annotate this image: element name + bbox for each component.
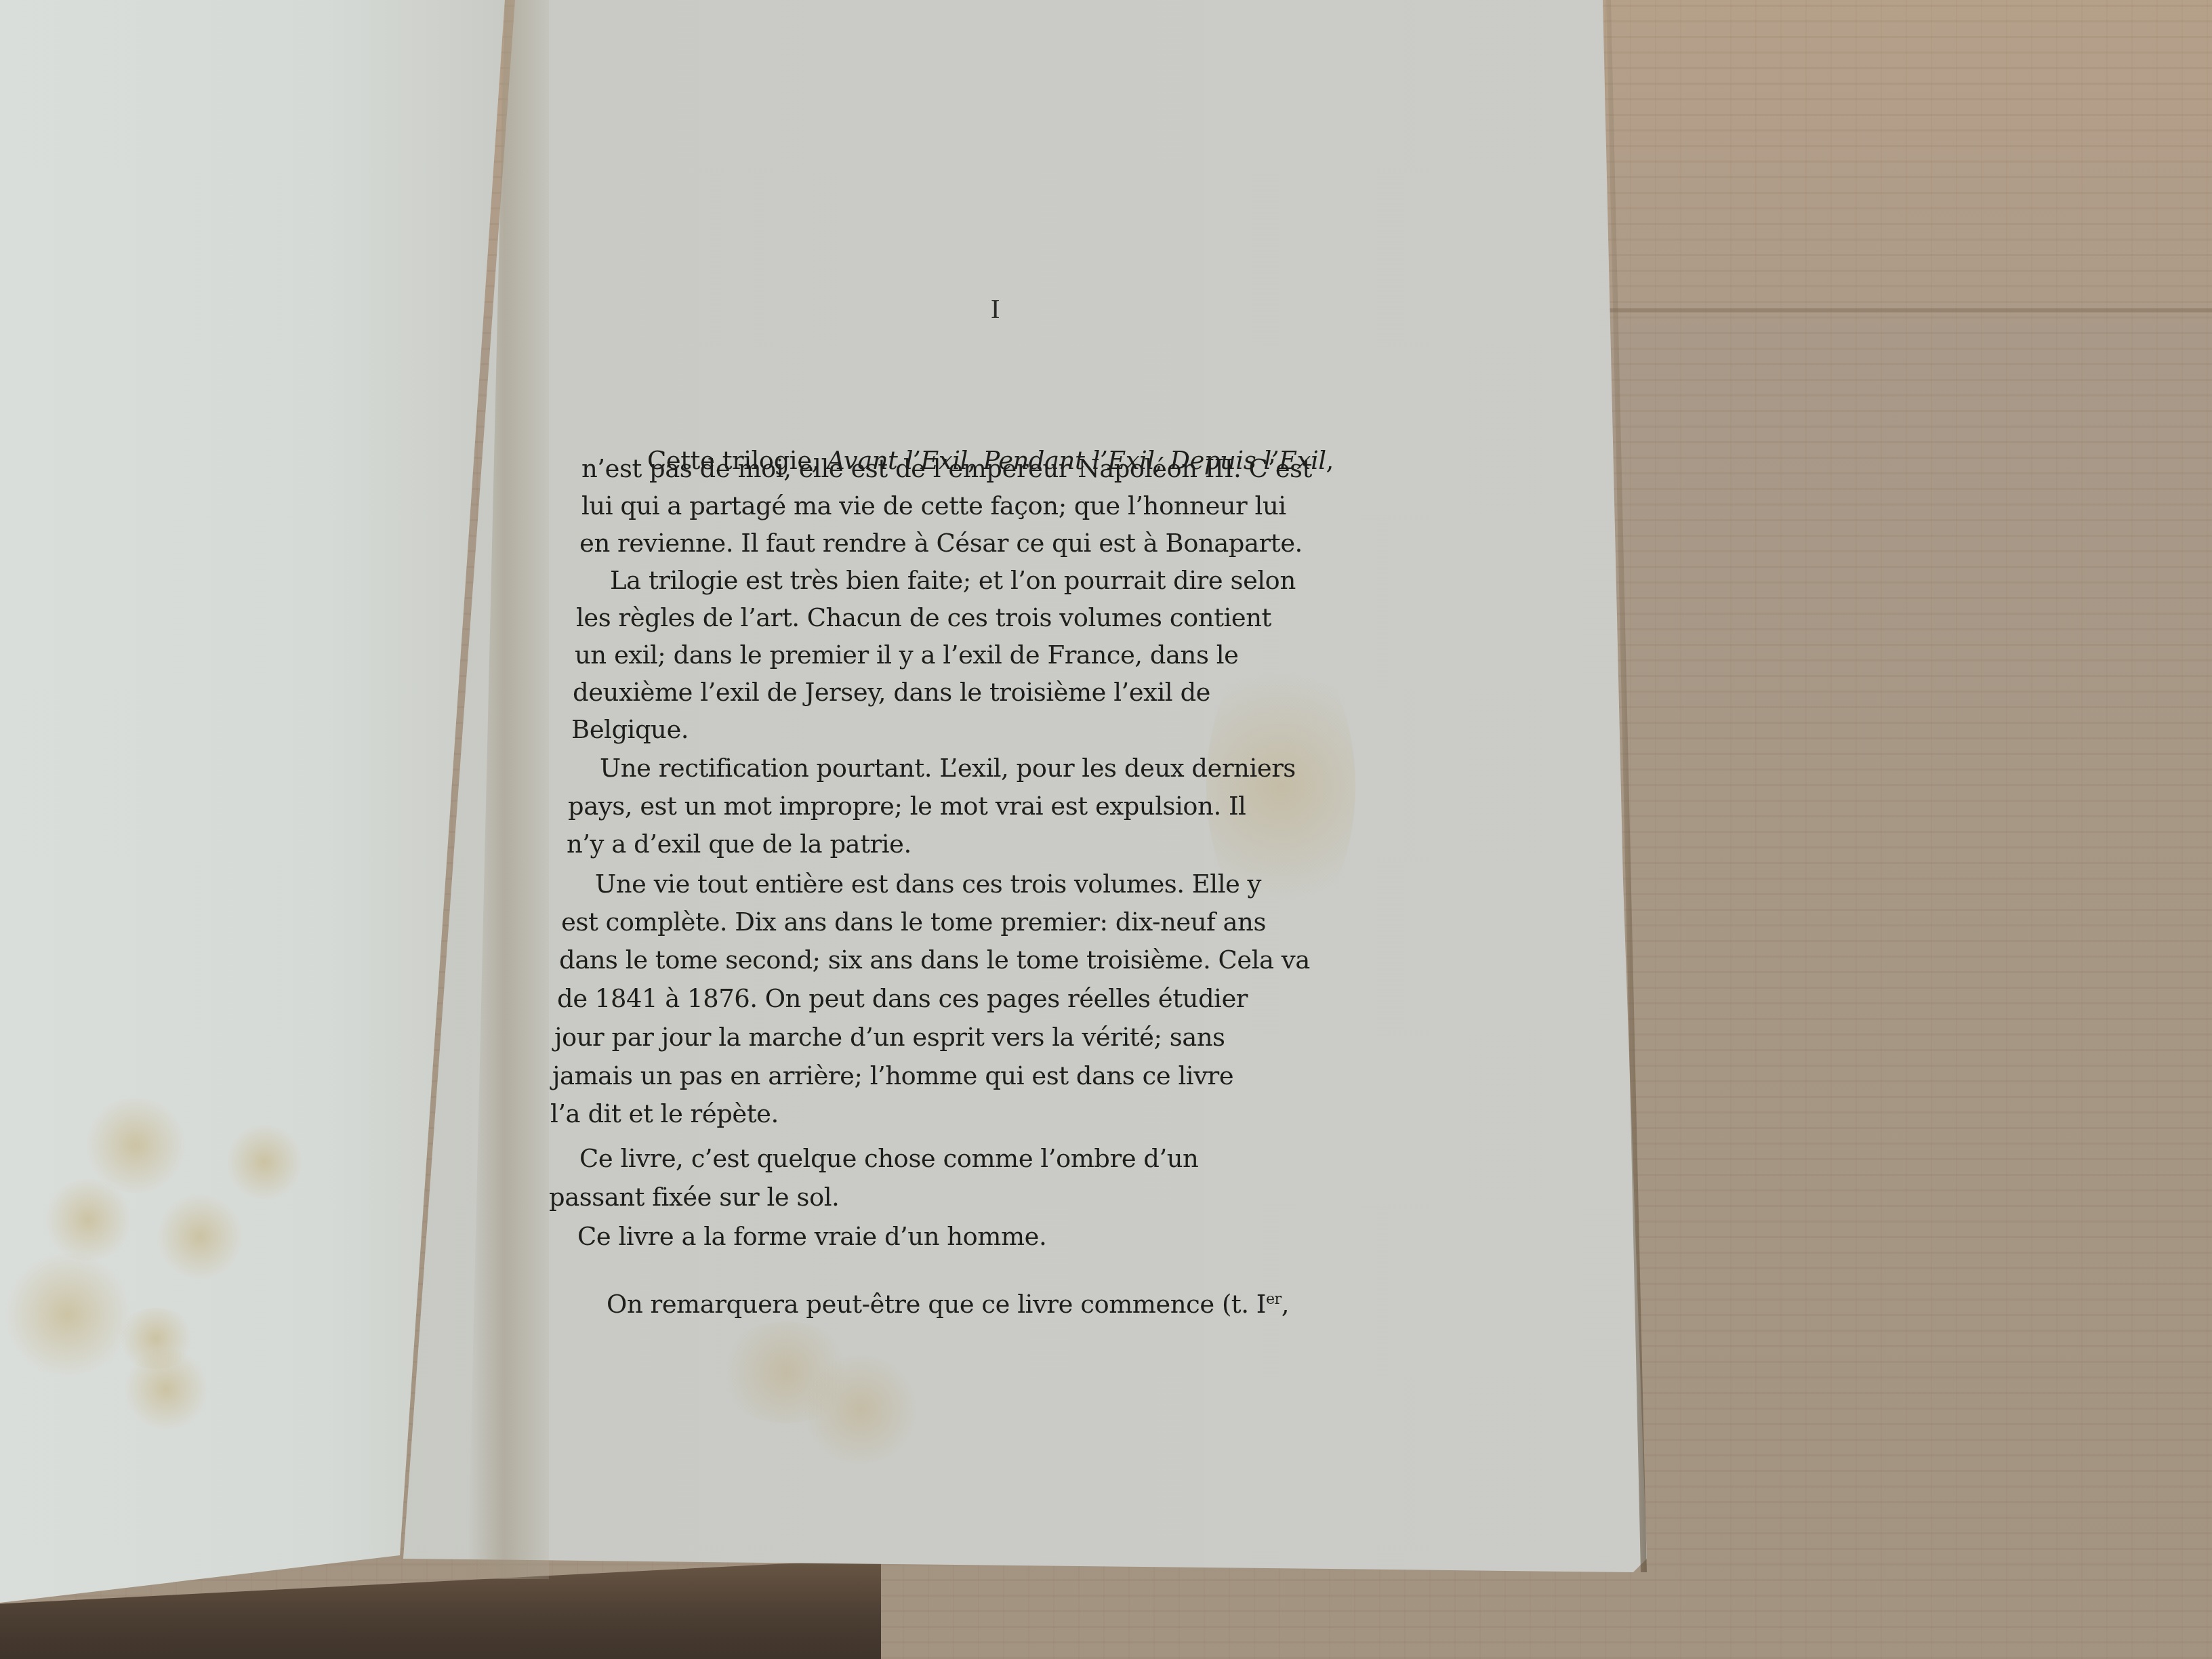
text-line: Ce livre, c’est quelque chose comme l’om… (579, 1144, 1198, 1173)
text-line: Une vie tout entière est dans ces trois … (595, 869, 1261, 899)
text-line: un exil; dans le premier il y a l’exil d… (575, 640, 1238, 670)
text-line: Ce livre a la forme vraie d’un homme. (577, 1222, 1046, 1251)
text-line: jamais un pas en arrière; l’homme qui es… (552, 1061, 1233, 1090)
superscript: er (1266, 1290, 1282, 1308)
text-line: dans le tome second; six ans dans le tom… (559, 945, 1310, 975)
text-line: La trilogie est très bien faite; et l’on… (610, 566, 1296, 595)
text-line: l’a dit et le répète. (550, 1099, 779, 1128)
text-line: Une rectification pourtant. L’exil, pour… (600, 754, 1296, 783)
text-line: passant fixée sur le sol. (549, 1183, 839, 1212)
text-line: lui qui a partagé ma vie de cette façon;… (581, 491, 1286, 520)
text-line: jour par jour la marche d’un esprit vers… (554, 1023, 1225, 1052)
text-line: On remarquera peut-être que ce livre com… (576, 1261, 1289, 1348)
text-line: est complète. Dix ans dans le tome premi… (561, 907, 1266, 937)
text-segment: , (1326, 446, 1334, 475)
text-line: de 1841 à 1876. On peut dans ces pages r… (557, 984, 1248, 1013)
text-line: n’y a d’exil que de la patrie. (567, 829, 912, 859)
text-segment: , (1282, 1290, 1289, 1319)
body-text: Cette trilogie, Avant l’Exil, Pendant l’… (0, 0, 2212, 1659)
text-segment: On remarquera peut-être que ce livre com… (607, 1290, 1266, 1319)
text-line: deuxième l’exil de Jersey, dans le trois… (573, 678, 1210, 707)
text-line: Belgique. (571, 715, 689, 744)
text-line: n’est pas de moi, elle est de l’empereur… (581, 454, 1312, 483)
text-line: en revienne. Il faut rendre à César ce q… (579, 529, 1303, 558)
text-line: pays, est un mot impropre; le mot vrai e… (568, 792, 1246, 821)
text-line: les règles de l’art. Chacun de ces trois… (576, 603, 1271, 632)
